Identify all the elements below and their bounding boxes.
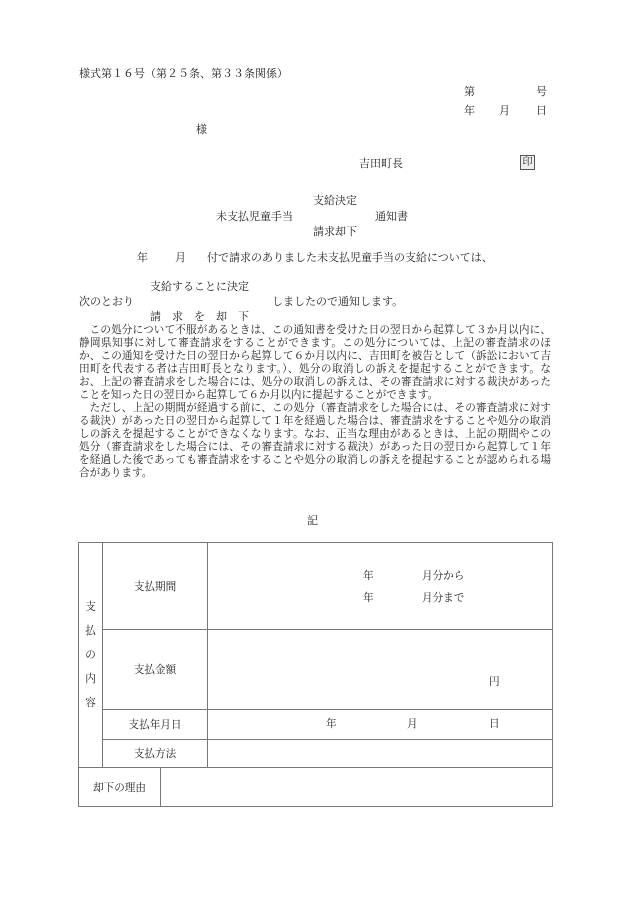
row-payment-amount: 支払金額 円 xyxy=(79,630,553,710)
title-suffix: 通知書 xyxy=(375,211,408,222)
row-payment-date: 支払年月日 年 月 日 xyxy=(79,710,553,740)
doc-number-suffix: 号 xyxy=(536,86,547,97)
row-payment-method: 支払方法 xyxy=(79,740,553,768)
payment-amount-label: 支払金額 xyxy=(103,630,208,710)
payment-date-field[interactable]: 年 月 日 xyxy=(208,710,553,740)
addressee-suffix: 様 xyxy=(196,124,207,135)
date-day-label: 日 xyxy=(536,105,547,116)
payment-date-year: 年 xyxy=(326,719,337,730)
payment-date-label: 支払年月日 xyxy=(103,710,208,740)
doc-number-prefix: 第 xyxy=(464,86,475,97)
decision-option-approve: 支給することに決定 xyxy=(150,281,249,292)
payment-method-field[interactable] xyxy=(208,740,553,768)
title-main: 未支払児童手当 xyxy=(216,211,293,222)
period-from-month: 月分から xyxy=(422,571,464,582)
group-char: の xyxy=(79,643,102,667)
amount-unit-yen: 円 xyxy=(489,677,500,688)
payment-date-day: 日 xyxy=(489,719,500,730)
payment-content-group-label: 支 払 の 内 容 xyxy=(79,543,103,768)
payment-method-label: 支払方法 xyxy=(103,740,208,768)
payment-period-label: 支払期間 xyxy=(103,543,208,630)
rejection-reason-field[interactable] xyxy=(161,768,553,807)
date-year-label: 年 xyxy=(464,105,475,116)
date-month-label: 月 xyxy=(499,105,510,116)
period-to-month: 月分まで xyxy=(422,593,464,604)
form-number: 様式第１６号（第２５条、第３３条関係） xyxy=(79,68,288,79)
intro-line2-right: しましたので通知します。 xyxy=(272,296,403,307)
appeal-notice: この処分について不服があるときは、この通知書を受けた日の翌日から起算して３か月以… xyxy=(79,324,551,480)
group-char: 内 xyxy=(79,667,102,691)
issuer-name: 吉田町長 xyxy=(359,158,403,169)
notice-paragraph-1: この処分について不服があるときは、この通知書を受けた日の翌日から起算して３か月以… xyxy=(79,324,551,402)
title-option-reject: 請求却下 xyxy=(313,226,357,237)
title-option-approve: 支給決定 xyxy=(313,195,357,206)
intro-text: 付で請求のありました未支払児童手当の支給については、 xyxy=(207,252,493,263)
intro-year: 年 xyxy=(137,252,148,263)
payment-details-table: 支 払 の 内 容 支払期間 年 月分から 年 月分まで 支払金額 円 支払年月… xyxy=(78,542,553,807)
ki-label: 記 xyxy=(307,515,318,526)
intro-month: 月 xyxy=(175,252,186,263)
row-rejection-reason: 却下の理由 xyxy=(79,768,553,807)
payment-date-month: 月 xyxy=(407,719,418,730)
decision-option-reject: 請 求 を 却 下 xyxy=(150,311,249,322)
payment-period-field[interactable]: 年 月分から 年 月分まで xyxy=(208,543,553,630)
group-char: 容 xyxy=(79,691,102,715)
group-char: 支 xyxy=(79,595,102,619)
notice-paragraph-2: ただし、上記の期間が経過する前に、この処分（審査請求をした場合には、その審査請求… xyxy=(79,402,551,480)
group-char: 払 xyxy=(79,619,102,643)
intro-line2-left: 次のとおり xyxy=(79,296,134,307)
period-to-year: 年 xyxy=(363,593,374,604)
payment-amount-field[interactable]: 円 xyxy=(208,630,553,710)
seal-mark: 印 xyxy=(520,155,535,170)
period-from-year: 年 xyxy=(363,571,374,582)
rejection-reason-label: 却下の理由 xyxy=(79,768,161,807)
row-payment-period: 支 払 の 内 容 支払期間 年 月分から 年 月分まで xyxy=(79,543,553,630)
